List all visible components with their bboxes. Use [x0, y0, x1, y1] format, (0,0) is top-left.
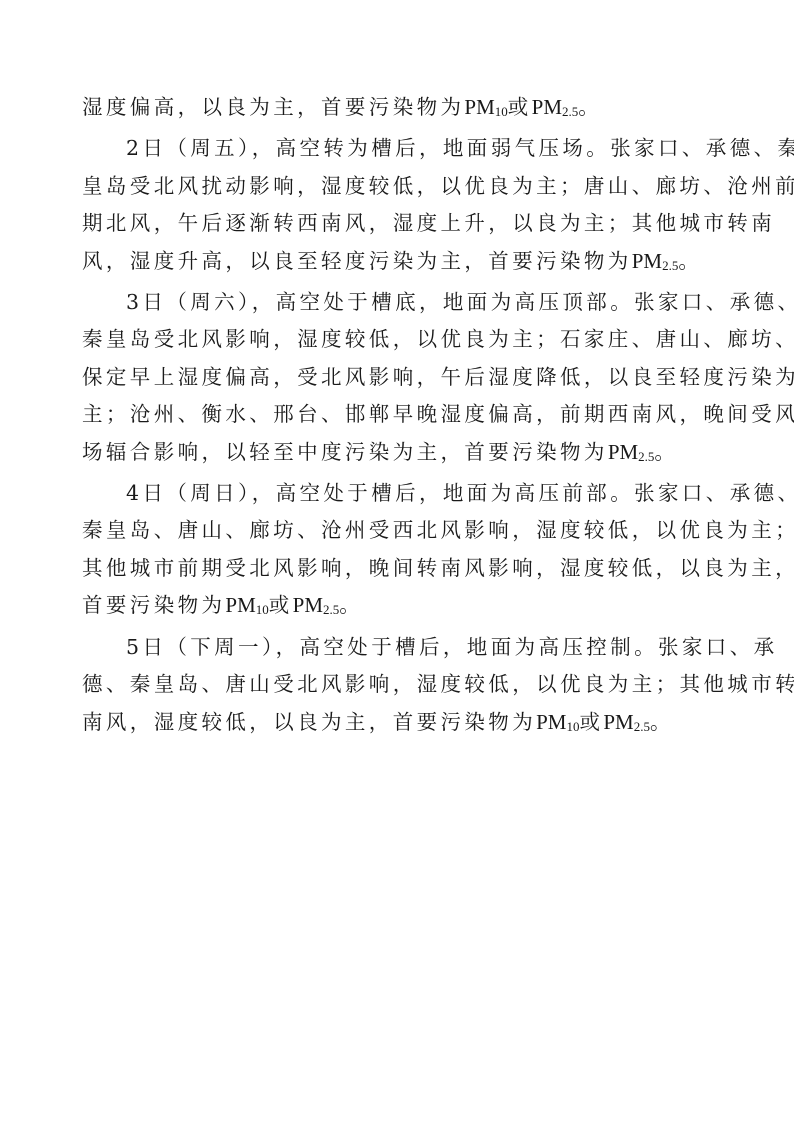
text-line: 主；沧州、衡水、邢台、邯郸早晚湿度偏高，前期西南风，晚间受风	[82, 396, 718, 433]
conjunction-text: 或	[269, 593, 293, 617]
period-mark: 。	[578, 95, 602, 119]
paragraph-continuation: 湿度偏高，以良为主，首要污染物为PM10或PM2.5。	[82, 89, 718, 130]
text-line: 5日（下周一），高空处于槽后，地面为高压控制。张家口、承	[82, 629, 718, 666]
pollutant-pm25: PM2.5	[293, 593, 340, 617]
text-line: 南风，湿度较低，以良为主，首要污染物为PM10或PM2.5。	[82, 704, 718, 745]
text-line: 其他城市前期受北风影响，晚间转南风影响，湿度较低，以良为主，	[82, 550, 718, 587]
paragraph-day2-forecast: 2日（周五），高空转为槽后，地面弱气压场。张家口、承德、秦 皇岛受北风扰动影响，…	[82, 130, 718, 284]
text-line: 风，湿度升高，以良至轻度污染为主，首要污染物为PM2.5。	[82, 243, 718, 284]
line-text: 首要污染物为	[82, 593, 225, 617]
pollutant-pm10: PM10	[225, 593, 268, 617]
text-line: 秦皇岛受北风影响，湿度较低，以优良为主；石家庄、唐山、廊坊、	[82, 321, 718, 358]
line-text: 风，湿度升高，以良至轻度污染为主，首要污染物为	[82, 249, 632, 273]
text-line: 秦皇岛、唐山、廊坊、沧州受西北风影响，湿度较低，以优良为主；	[82, 512, 718, 549]
pollutant-pm25: PM2.5	[603, 710, 650, 734]
conjunction-text: 或	[579, 710, 603, 734]
pollutant-pm25: PM2.5	[608, 440, 655, 464]
document-page: 湿度偏高，以良为主，首要污染物为PM10或PM2.5。 2日（周五），高空转为槽…	[82, 89, 718, 745]
text-line: 德、秦皇岛、唐山受北风影响，湿度较低，以优良为主；其他城市转	[82, 666, 718, 703]
text-line: 保定早上湿度偏高，受北风影响，午后湿度降低，以良至轻度污染为	[82, 359, 718, 396]
conjunction-text: 或	[508, 95, 532, 119]
text-line: 皇岛受北风扰动影响，湿度较低，以优良为主；唐山、廊坊、沧州前	[82, 168, 718, 205]
text-line: 首要污染物为PM10或PM2.5。	[82, 587, 718, 628]
pollutant-pm10: PM10	[464, 95, 507, 119]
text-line: 4日（周日），高空处于槽后，地面为高压前部。张家口、承德、	[82, 475, 718, 512]
text-line: 场辐合影响，以轻至中度污染为主，首要污染物为PM2.5。	[82, 434, 718, 475]
line-text: 南风，湿度较低，以良为主，首要污染物为	[82, 710, 536, 734]
period-mark: 。	[654, 440, 678, 464]
line-text: 湿度偏高，以良为主，首要污染物为	[82, 95, 464, 119]
pollutant-pm25: PM2.5	[532, 95, 579, 119]
period-mark: 。	[678, 249, 702, 273]
text-line: 2日（周五），高空转为槽后，地面弱气压场。张家口、承德、秦	[82, 130, 718, 167]
line-text: 场辐合影响，以轻至中度污染为主，首要污染物为	[82, 440, 608, 464]
text-line: 期北风，午后逐渐转西南风，湿度上升，以良为主；其他城市转南	[82, 205, 718, 242]
pollutant-pm25: PM2.5	[632, 249, 679, 273]
period-mark: 。	[650, 710, 674, 734]
paragraph-day4-forecast: 4日（周日），高空处于槽后，地面为高压前部。张家口、承德、 秦皇岛、唐山、廊坊、…	[82, 475, 718, 629]
paragraph-day3-forecast: 3日（周六），高空处于槽底，地面为高压顶部。张家口、承德、 秦皇岛受北风影响，湿…	[82, 284, 718, 475]
text-line: 湿度偏高，以良为主，首要污染物为PM10或PM2.5。	[82, 89, 718, 130]
period-mark: 。	[339, 593, 363, 617]
text-line: 3日（周六），高空处于槽底，地面为高压顶部。张家口、承德、	[82, 284, 718, 321]
paragraph-day5-forecast: 5日（下周一），高空处于槽后，地面为高压控制。张家口、承 德、秦皇岛、唐山受北风…	[82, 629, 718, 745]
pollutant-pm10: PM10	[536, 710, 579, 734]
